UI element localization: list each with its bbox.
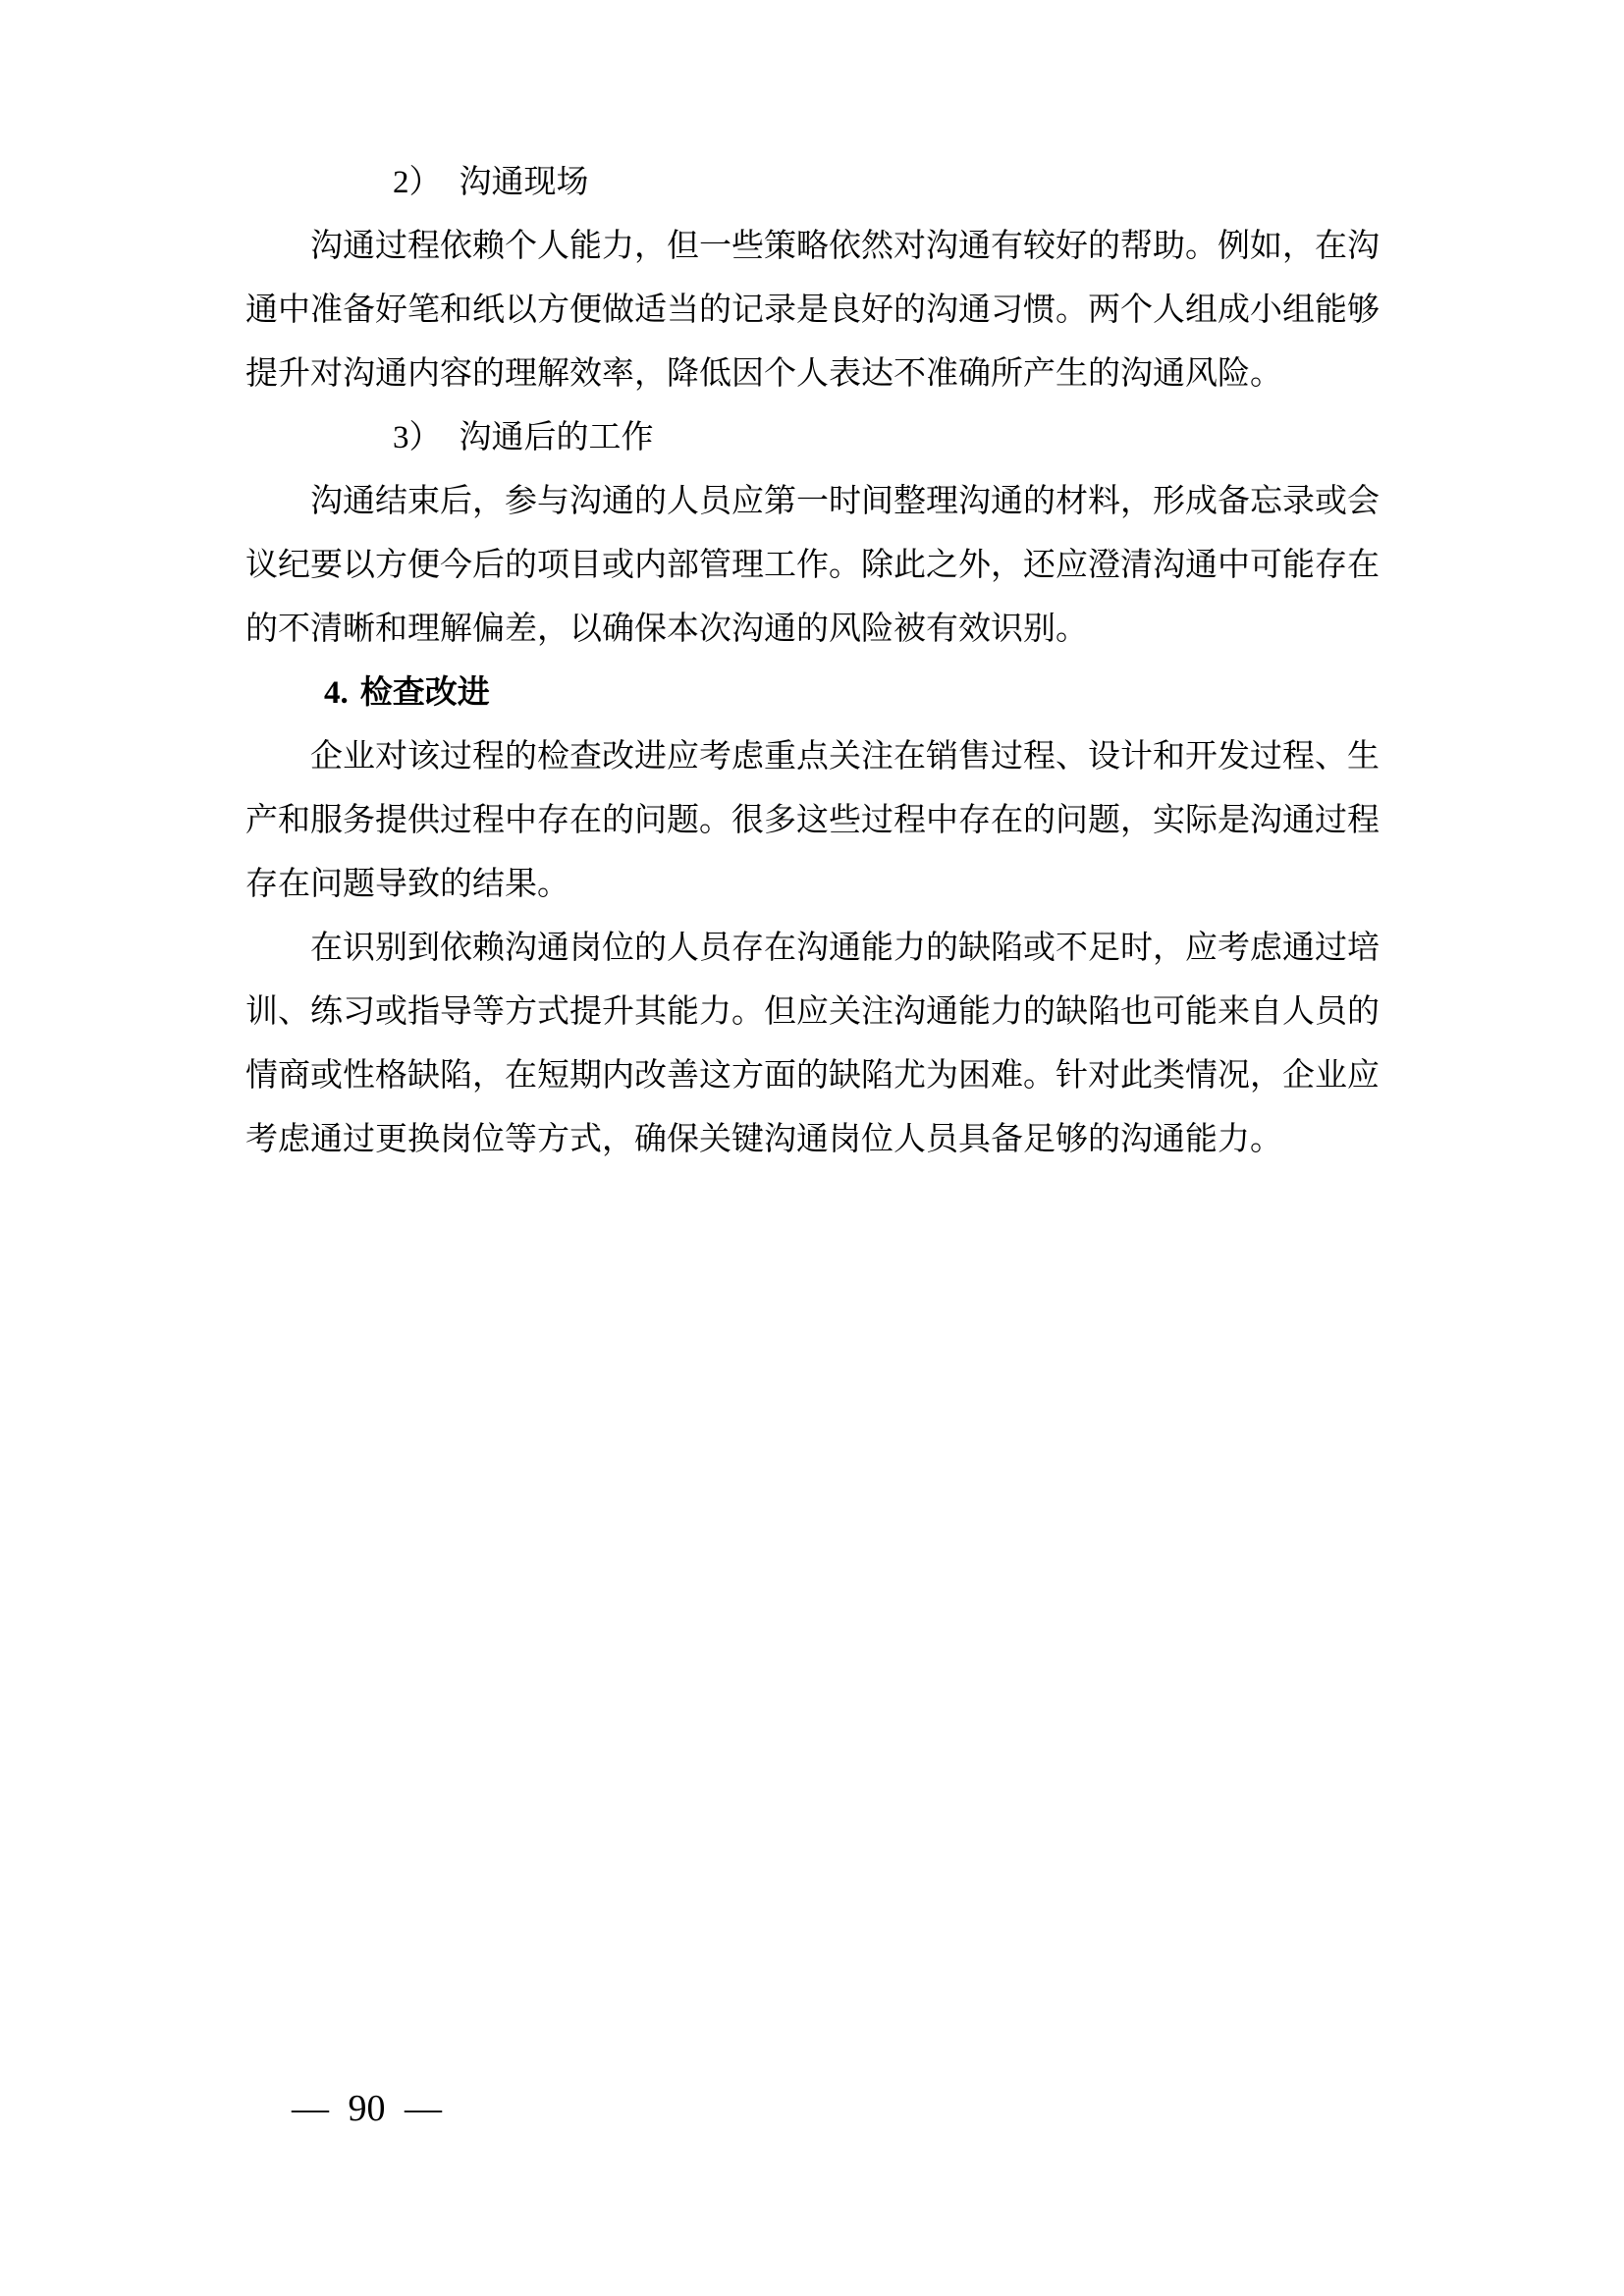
heading-title: 沟通后的工作 [460, 420, 654, 455]
heading-title: 沟通现场 [460, 165, 589, 200]
section-heading-2: 2）沟通现场 [245, 151, 1380, 215]
heading-title: 检查改进 [360, 675, 490, 711]
paragraph-line: 训、练习或指导等方式提升其能力。但应关注沟通能力的缺陷也可能来自人员的 [245, 981, 1380, 1044]
paragraph-line: 的不清晰和理解偏差，以确保本次沟通的风险被有效识别。 [245, 598, 1380, 662]
section-heading-3: 3）沟通后的工作 [245, 406, 1380, 470]
footer-page-number: — 90 — [292, 2087, 442, 2130]
section-heading-4: 4.检查改进 [245, 662, 1380, 725]
paragraph-line: 沟通结束后，参与沟通的人员应第一时间整理沟通的材料，形成备忘录或会 [245, 470, 1380, 534]
heading-number: 4. [324, 675, 349, 711]
text-block: 2）沟通现场 沟通过程依赖个人能力，但一些策略依然对沟通有较好的帮助。例如，在沟… [245, 151, 1380, 1172]
paragraph-line: 沟通过程依赖个人能力，但一些策略依然对沟通有较好的帮助。例如，在沟 [245, 215, 1380, 279]
paragraph-line: 企业对该过程的检查改进应考虑重点关注在销售过程、设计和开发过程、生 [245, 725, 1380, 789]
paragraph-line: 提升对沟通内容的理解效率，降低因个人表达不准确所产生的沟通风险。 [245, 343, 1380, 406]
paragraph-line: 存在问题导致的结果。 [245, 853, 1380, 917]
heading-number: 2） [393, 165, 442, 200]
paragraph-line: 在识别到依赖沟通岗位的人员存在沟通能力的缺陷或不足时，应考虑通过培 [245, 917, 1380, 981]
paragraph-line: 考虑通过更换岗位等方式，确保关键沟通岗位人员具备足够的沟通能力。 [245, 1108, 1380, 1172]
paragraph-line: 议纪要以方便今后的项目或内部管理工作。除此之外，还应澄清沟通中可能存在 [245, 534, 1380, 598]
document-page: 2）沟通现场 沟通过程依赖个人能力，但一些策略依然对沟通有较好的帮助。例如，在沟… [0, 0, 1624, 2296]
paragraph-line: 产和服务提供过程中存在的问题。很多这些过程中存在的问题，实际是沟通过程 [245, 789, 1380, 853]
paragraph-line: 通中准备好笔和纸以方便做适当的记录是良好的沟通习惯。两个人组成小组能够 [245, 279, 1380, 343]
paragraph-line: 情商或性格缺陷，在短期内改善这方面的缺陷尤为困难。针对此类情况，企业应 [245, 1044, 1380, 1108]
heading-number: 3） [393, 420, 442, 455]
